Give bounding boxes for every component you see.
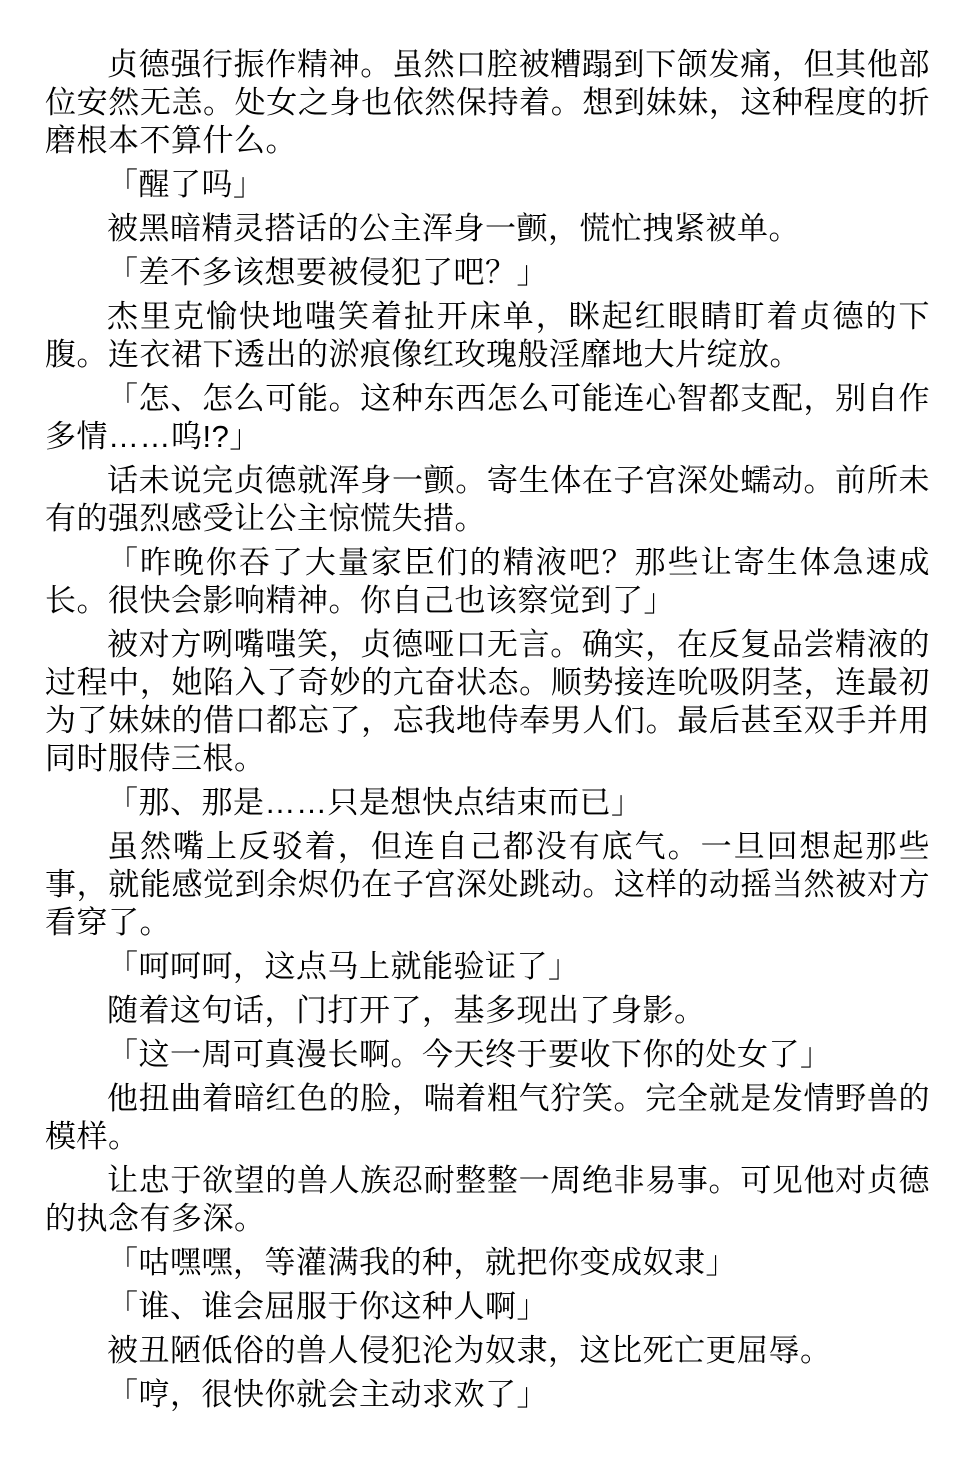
narration-paragraph: 杰里克愉快地嗤笑着扯开床单，眯起红眼睛盯着贞德的下腹。连衣裙下透出的淤痕像红玫瑰…	[45, 298, 930, 374]
narration-paragraph: 被丑陋低俗的兽人侵犯沦为奴隶，这比死亡更屈辱。	[45, 1332, 930, 1370]
dialogue-paragraph: 「呵呵呵，这点马上就能验证了」	[45, 948, 930, 986]
dialogue-paragraph: 「咕嘿嘿，等灌满我的种，就把你变成奴隶」	[45, 1244, 930, 1282]
dialogue-paragraph: 「怎、怎么可能。这种东西怎么可能连心智都支配，别自作多情……呜!?」	[45, 380, 930, 456]
narration-paragraph: 被黑暗精灵搭话的公主浑身一颤，慌忙拽紧被单。	[45, 210, 930, 248]
narration-paragraph: 他扭曲着暗红色的脸，喘着粗气狞笑。完全就是发情野兽的模样。	[45, 1080, 930, 1156]
narration-paragraph: 话未说完贞德就浑身一颤。寄生体在子宫深处蠕动。前所未有的强烈感受让公主惊慌失措。	[45, 462, 930, 538]
narration-paragraph: 贞德强行振作精神。虽然口腔被糟蹋到下颌发痛，但其他部位安然无恙。处女之身也依然保…	[45, 46, 930, 160]
document-page: 贞德强行振作精神。虽然口腔被糟蹋到下颌发痛，但其他部位安然无恙。处女之身也依然保…	[0, 0, 974, 1459]
narration-paragraph: 随着这句话，门打开了，基多现出了身影。	[45, 992, 930, 1030]
dialogue-paragraph: 「昨晚你吞了大量家臣们的精液吧？那些让寄生体急速成长。很快会影响精神。你自己也该…	[45, 544, 930, 620]
dialogue-paragraph: 「那、那是……只是想快点结束而已」	[45, 784, 930, 822]
dialogue-paragraph: 「哼，很快你就会主动求欢了」	[45, 1376, 930, 1414]
dialogue-paragraph: 「这一周可真漫长啊。今天终于要收下你的处女了」	[45, 1036, 930, 1074]
dialogue-paragraph: 「醒了吗」	[45, 166, 930, 204]
narration-paragraph: 被对方咧嘴嗤笑，贞德哑口无言。确实，在反复品尝精液的过程中，她陷入了奇妙的亢奋状…	[45, 626, 930, 778]
dialogue-paragraph: 「谁、谁会屈服于你这种人啊」	[45, 1288, 930, 1326]
narration-paragraph: 让忠于欲望的兽人族忍耐整整一周绝非易事。可见他对贞德的执念有多深。	[45, 1162, 930, 1238]
narration-paragraph: 虽然嘴上反驳着，但连自己都没有底气。一旦回想起那些事，就能感觉到余烬仍在子宫深处…	[45, 828, 930, 942]
text-body: 贞德强行振作精神。虽然口腔被糟蹋到下颌发痛，但其他部位安然无恙。处女之身也依然保…	[45, 46, 930, 1414]
dialogue-paragraph: 「差不多该想要被侵犯了吧？」	[45, 254, 930, 292]
